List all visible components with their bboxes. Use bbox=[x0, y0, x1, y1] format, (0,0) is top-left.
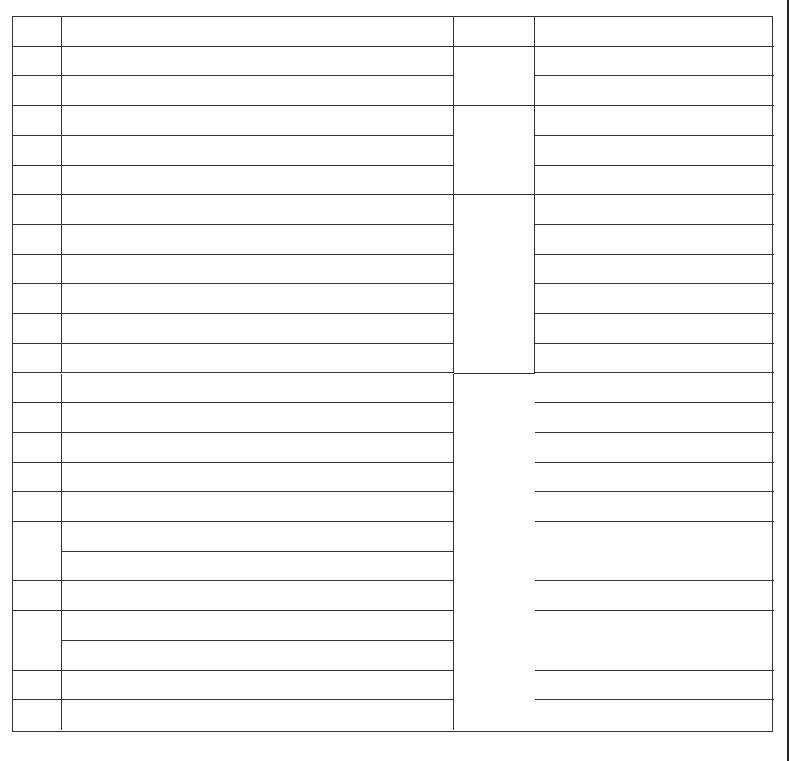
major-code-cell bbox=[13, 225, 62, 255]
major-code-cell bbox=[13, 255, 62, 285]
major-code-cell bbox=[13, 76, 62, 106]
subject-code-cell bbox=[454, 195, 535, 373]
major-code-cell bbox=[13, 106, 62, 136]
major-name-cell bbox=[62, 136, 454, 166]
major-name-cell bbox=[62, 403, 454, 433]
exam-subject-cell bbox=[535, 463, 774, 493]
major-code-cell bbox=[13, 17, 62, 47]
major-name-cell bbox=[62, 47, 454, 77]
major-name-cell bbox=[62, 284, 454, 314]
major-name-cell bbox=[62, 433, 454, 463]
subject-code-cell bbox=[454, 106, 535, 195]
major-name-cell bbox=[62, 344, 454, 374]
exam-subject-cell bbox=[535, 581, 774, 611]
major-name-cell bbox=[62, 106, 454, 136]
major-code-cell bbox=[13, 433, 62, 463]
major-name-cell bbox=[62, 700, 454, 730]
major-name-cell bbox=[62, 314, 454, 344]
major-code-cell bbox=[13, 166, 62, 196]
major-code-cell bbox=[13, 463, 62, 493]
major-name-cell bbox=[62, 255, 454, 285]
major-name-cell bbox=[62, 374, 454, 404]
exam-subject-cell bbox=[535, 225, 774, 255]
major-code-cell bbox=[13, 136, 62, 166]
major-code-cell bbox=[13, 403, 62, 433]
major-name-cell bbox=[62, 225, 454, 255]
major-code-cell bbox=[13, 700, 62, 730]
exam-subject-cell bbox=[535, 314, 774, 344]
major-name-cell bbox=[62, 195, 454, 225]
exam-subject-cell bbox=[535, 344, 774, 374]
major-name-cell bbox=[62, 463, 454, 493]
major-name-cell bbox=[62, 522, 454, 552]
major-name-cell bbox=[62, 581, 454, 611]
major-code-cell bbox=[13, 195, 62, 225]
exam-subject-cell bbox=[535, 433, 774, 463]
exam-subject-cell bbox=[535, 47, 774, 77]
major-code-cell bbox=[13, 581, 62, 611]
exam-subject-cell bbox=[535, 403, 774, 433]
exam-subject-cell bbox=[535, 166, 774, 196]
subject-code-cell bbox=[454, 17, 535, 47]
exam-subject-cell bbox=[535, 106, 774, 136]
exam-subject-cell bbox=[535, 76, 774, 106]
exam-subject-cell bbox=[535, 136, 774, 166]
major-code-cell bbox=[13, 314, 62, 344]
major-name-cell bbox=[62, 76, 454, 106]
major-name-cell bbox=[62, 611, 454, 641]
major-code-cell bbox=[13, 492, 62, 522]
major-name-cell bbox=[62, 641, 454, 671]
major-name-cell bbox=[62, 166, 454, 196]
major-code-cell bbox=[13, 284, 62, 314]
major-subject-table bbox=[12, 16, 773, 732]
major-code-cell bbox=[13, 47, 62, 77]
exam-subject-cell bbox=[535, 284, 774, 314]
exam-subject-cell bbox=[535, 671, 774, 701]
exam-subject-cell bbox=[535, 255, 774, 285]
exam-subject-cell bbox=[535, 700, 774, 730]
major-code-cell bbox=[13, 344, 62, 374]
exam-subject-cell bbox=[535, 492, 774, 522]
major-code-cell bbox=[13, 522, 62, 581]
exam-subject-cell bbox=[535, 195, 774, 225]
major-name-cell bbox=[62, 492, 454, 522]
major-code-cell bbox=[13, 671, 62, 701]
subject-code-cell bbox=[454, 47, 535, 106]
page-edge-divider bbox=[787, 0, 789, 761]
major-name-cell bbox=[62, 671, 454, 701]
major-name-cell bbox=[62, 17, 454, 47]
major-name-cell bbox=[62, 552, 454, 582]
exam-subject-cell bbox=[535, 374, 774, 404]
exam-subject-cell bbox=[535, 522, 774, 581]
major-code-cell bbox=[13, 374, 62, 404]
exam-subject-cell bbox=[535, 17, 774, 47]
major-code-cell bbox=[13, 611, 62, 670]
exam-subject-cell bbox=[535, 611, 774, 670]
